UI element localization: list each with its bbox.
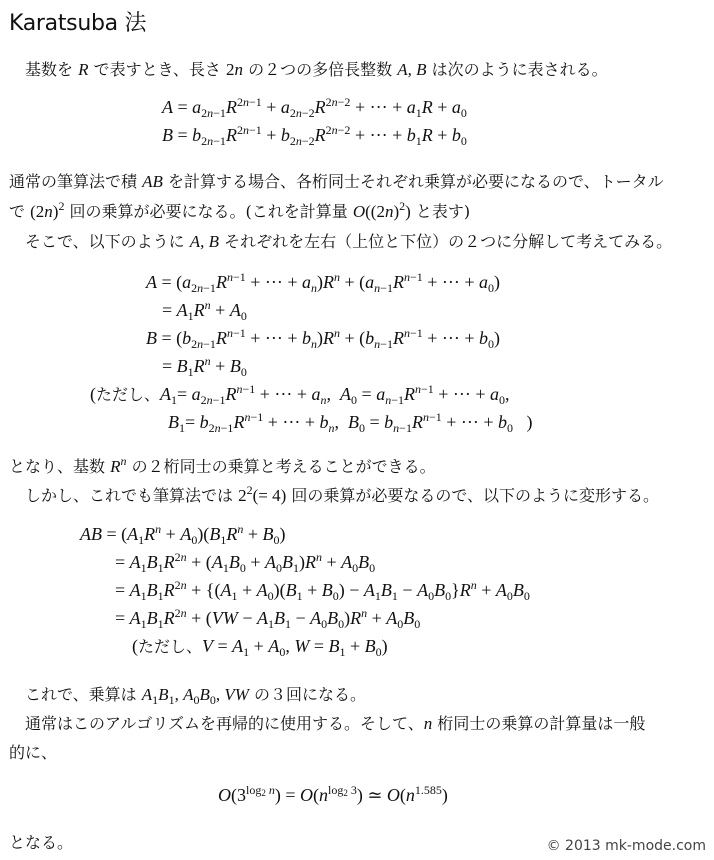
equation-a-split: A = (a2n−1Rn−1 + ··· + an)Rn + (an−1Rn−1… [146, 270, 500, 294]
equation-ab-2: = A1B1R2n + (A1B0 + A0B1)Rn + A0B0 [115, 550, 375, 574]
equation-b-split: B = (b2n−1Rn−1 + ··· + bn)Rn + (bn−1Rn−1… [146, 326, 500, 350]
equation-definitions-2: B1= b2n−1Rn−1 + ··· + bn, B0 = bn−1Rn−1 … [168, 410, 533, 434]
paragraph-7-line-2: 的に、 [9, 743, 57, 763]
paragraph-2-line-1: 通常の筆算法で積 AB を計算する場合、各桁同士それぞれ乗算が必要になるので、ト… [9, 172, 664, 192]
equation-definitions-1: (ただし、A1= a2n−1Rn−1 + ··· + an, A0 = an−1… [90, 382, 510, 408]
equation-ab-definitions: (ただし、V = A1 + A0, W = B1 + B0) [132, 634, 388, 660]
copyright-footer: © 2013 mk-mode.com [547, 838, 706, 854]
paragraph-8: となる。 [9, 833, 73, 853]
paragraph-3: そこで、以下のように A, B それぞれを左右（上位と下位）の２つに分解して考え… [9, 232, 672, 252]
paragraph-7-line-1: 通常はこのアルゴリズムを再帰的に使用する。そして、n 桁同士の乗算の計算量は一般 [9, 714, 645, 734]
paragraph-5: しかし、これでも筆算法では 22(= 4) 回の乗算が必要なるので、以下のように… [9, 486, 659, 506]
paragraph-4: となり、基数 Rn の２桁同士の乗算と考えることができる。 [9, 457, 436, 477]
equation-a-short: = A1Rn + A0 [162, 298, 247, 322]
paragraph-2-line-2: で (2n)2 回の乗算が必要になる。(これを計算量 O((2n)2) と表す) [9, 202, 470, 222]
equation-a-expansion: A = a2n−1R2n−1 + a2n−2R2n−2 + ··· + a1R … [162, 95, 467, 119]
equation-ab-4: = A1B1R2n + (VW − A1B1 − A0B0)Rn + A0B0 [115, 606, 420, 630]
equation-b-expansion: B = b2n−1R2n−1 + b2n−2R2n−2 + ··· + b1R … [162, 123, 467, 147]
paragraph-6: これで、乗算は A1B1, A0B0, VW の３回になる。 [9, 685, 366, 705]
paragraph-1: 基数を R で表すとき、長さ 2n の２つの多倍長整数 A, B は次のように表… [9, 60, 608, 80]
equation-complexity: O(3log2 n) = O(nlog2 3) ≃ O(n1.585) [218, 783, 448, 807]
equation-ab-1: AB = (A1Rn + A0)(B1Rn + B0) [80, 522, 285, 546]
equation-ab-3: = A1B1R2n + {(A1 + A0)(B1 + B0) − A1B1 −… [115, 578, 530, 602]
page-title: Karatsuba 法 [9, 6, 146, 37]
equation-b-short: = B1Rn + B0 [162, 354, 247, 378]
